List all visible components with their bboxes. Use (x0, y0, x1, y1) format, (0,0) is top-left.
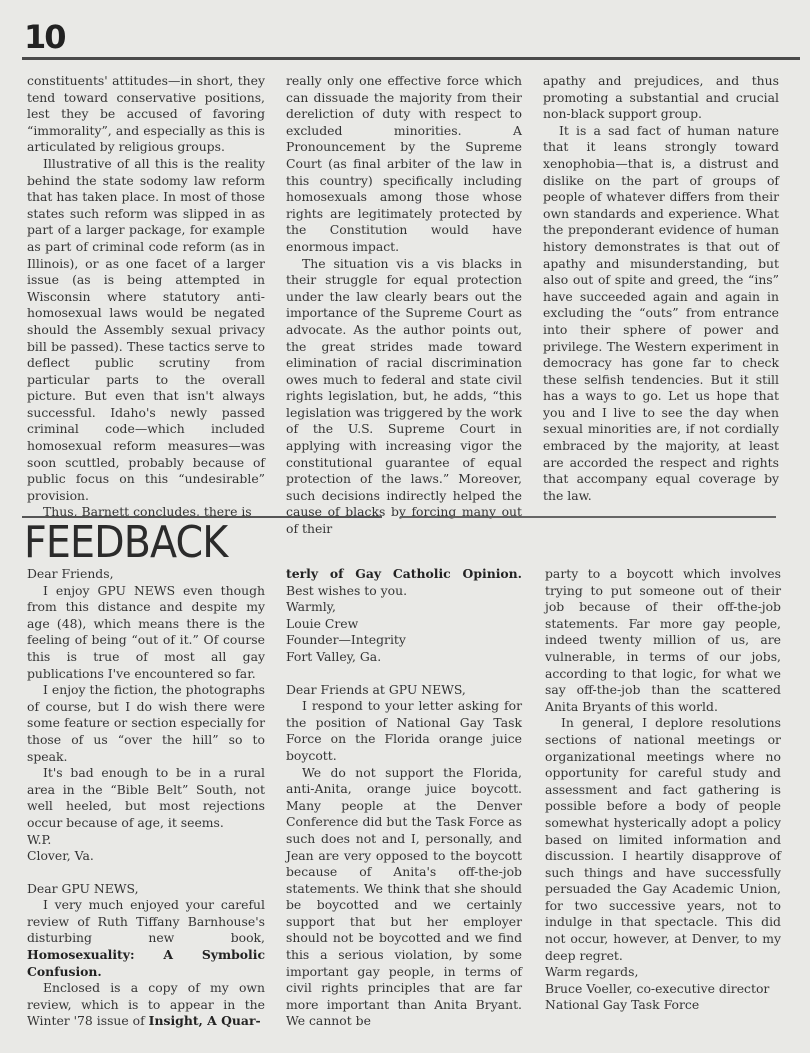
letter-paragraph: I very much enjoyed your careful review … (27, 897, 265, 980)
letter-2: Dear GPU NEWS, I very much enjoyed your … (27, 881, 265, 1030)
letter-text: Best wishes to you. (286, 583, 407, 598)
feedback-column-2: terly of Gay Catholic Opinion. Best wish… (286, 566, 522, 1030)
letter-signature-name: Louie Crew (286, 616, 522, 633)
article-paragraph: It is a sad fact of human nature that it… (543, 123, 779, 505)
letter-salutation: Dear Friends at GPU NEWS, (286, 682, 522, 699)
article-paragraph: really only one effective force which ca… (286, 73, 522, 256)
letter-paragraph: I enjoy the fiction, the photographs of … (27, 682, 265, 765)
article-paragraph: Illustrative of all this is the reality … (27, 156, 265, 504)
letter-text: I very much enjoyed your careful review … (27, 897, 265, 945)
feedback-column-1: Dear Friends, I enjoy GPU NEWS even thou… (27, 566, 265, 1030)
article-paragraph: constituents' attitudes—in short, they t… (27, 73, 265, 156)
letter-1: Dear Friends, I enjoy GPU NEWS even thou… (27, 566, 265, 865)
letter-signature-org: National Gay Task Force (545, 997, 781, 1014)
page-number: 10 (24, 18, 65, 56)
feedback-column-3: party to a boycott which involves trying… (545, 566, 781, 1014)
letter-signature-initials: W.P. (27, 832, 265, 849)
letter-signoff: Warmly, (286, 599, 522, 616)
letter-paragraph: It's bad enough to be in a rural area in… (27, 765, 265, 831)
letter-paragraph-continued: terly of Gay Catholic Opinion. Best wish… (286, 566, 522, 599)
letter-paragraph: We do not support the Florida, anti-Anit… (286, 765, 522, 1031)
article-column-2: really only one effective force which ca… (286, 73, 522, 538)
section-divider-right (400, 516, 776, 518)
feedback-heading: FEEDBACK (24, 520, 227, 566)
publication-title: Insight, A Quar- (149, 1013, 261, 1028)
letter-signoff: Warm regards, (545, 964, 781, 981)
publication-title: terly of Gay Catholic Opinion. (286, 566, 522, 581)
letter-3: Dear Friends at GPU NEWS, I respond to y… (286, 682, 522, 1030)
letter-signature-location: Fort Valley, Ga. (286, 649, 522, 666)
article-paragraph: apathy and prejudices, and thus promotin… (543, 73, 779, 123)
letter-paragraph: I respond to your letter asking for the … (286, 698, 522, 764)
article-column-3: apathy and prejudices, and thus promotin… (543, 73, 779, 504)
letter-salutation: Dear Friends, (27, 566, 265, 583)
letter-signature-name: Bruce Voeller, co-executive director (545, 981, 781, 998)
letter-paragraph-continued: party to a boycott which involves trying… (545, 566, 781, 715)
letter-paragraph: Enclosed is a copy of my own review, whi… (27, 980, 265, 1030)
article-paragraph: The situation vis a vis blacks in their … (286, 256, 522, 538)
letter-signature-title: Founder—Integrity (286, 632, 522, 649)
top-divider (22, 57, 800, 60)
letter-signature-location: Clover, Va. (27, 848, 265, 865)
book-title: Homosexuality: A Symbolic Confusion. (27, 947, 265, 979)
article-column-1: constituents' attitudes—in short, they t… (27, 73, 265, 521)
letter-paragraph: In general, I deplore resolutions sectio… (545, 715, 781, 964)
letter-paragraph: I enjoy GPU NEWS even though from this d… (27, 583, 265, 683)
letter-salutation: Dear GPU NEWS, (27, 881, 265, 898)
